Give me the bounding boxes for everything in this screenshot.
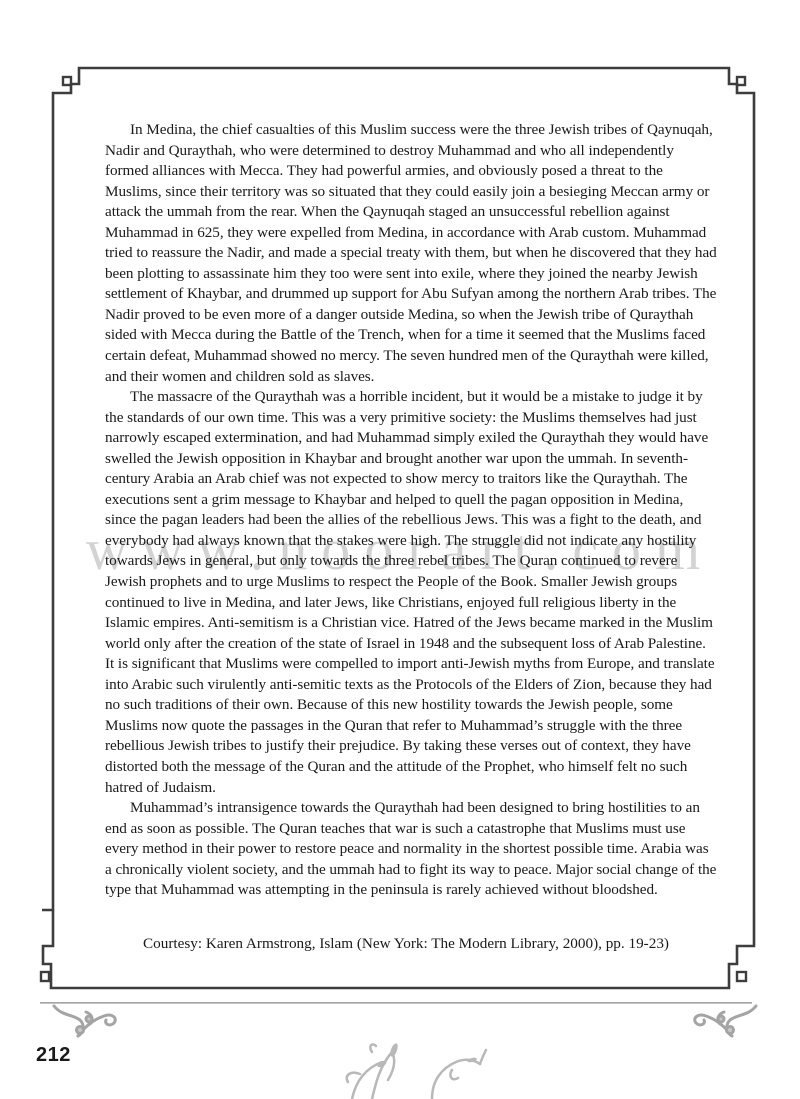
corner-knot-bottom-right (737, 972, 746, 981)
scroll-ornament-left (54, 1006, 115, 1036)
paragraph-1: In Medina, the chief casualties of this … (105, 120, 717, 387)
corner-knot-bottom-left (41, 972, 49, 981)
corner-knot-top-left (63, 77, 71, 85)
source-citation: Courtesy: Karen Armstrong, Islam (New Yo… (0, 934, 800, 954)
paragraph-2: The massacre of the Quraythah was a horr… (105, 387, 717, 798)
floral-ornament-bottom (347, 1044, 486, 1099)
corner-knot-top-right (737, 77, 745, 85)
paragraph-3: Muhammad’s intransigence towards the Qur… (105, 798, 717, 901)
footer-rule (40, 1002, 752, 1004)
article-body: In Medina, the chief casualties of this … (105, 120, 717, 901)
floral-leaves (376, 1042, 477, 1068)
scroll-ornament-right (695, 1006, 756, 1036)
page-number: 212 (36, 1044, 71, 1067)
